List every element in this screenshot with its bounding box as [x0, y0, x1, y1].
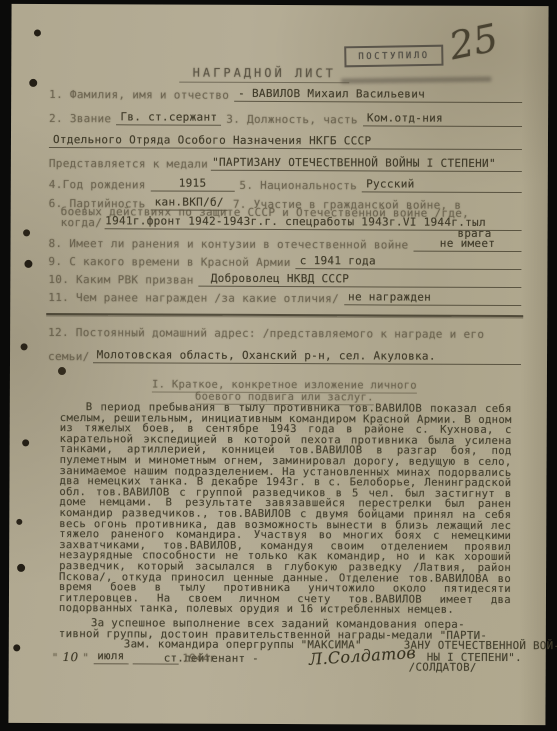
field-label-home-address-2: семьи/	[48, 351, 90, 363]
form-row-medal: Представляется к медали "ПАРТИЗАНУ ОТЕЧЕ…	[49, 156, 522, 172]
form-row-12b: семьи/ Молотовская область, Оханский р-н…	[48, 349, 521, 365]
field-label-medal: Представляется к медали	[49, 158, 208, 171]
document-title: НАГРАДНОЙ ЛИСТ	[179, 66, 349, 84]
handwritten-page-number: 25	[445, 15, 501, 68]
field-label-army-since: 9. С какого времени в Красной Армии	[48, 256, 290, 269]
date-line: " 10 " июля 1944г.	[52, 649, 224, 665]
stamp-smudge	[341, 77, 491, 84]
received-stamp: ПОСТУПИЛО	[344, 45, 444, 68]
field-value-wounds: не имеет	[413, 238, 521, 252]
field-label-wounds: 8. Имеет ли ранения и контузии в отечест…	[48, 238, 408, 252]
date-quote-close: "	[82, 651, 89, 664]
field-value-birth-year: 1915	[151, 177, 235, 191]
field-label-nationality: 5. Национальность	[239, 180, 357, 193]
field-label-previous-awards: 11. Чем ранее награжден /за какие отличи…	[48, 292, 339, 305]
field-label-position: 3. Должность, часть	[226, 114, 358, 127]
field-value-position: Ком.отд-ния	[363, 112, 522, 127]
date-year: 1944г.	[182, 652, 223, 665]
date-day-handwritten: 10	[63, 650, 79, 664]
form-row-12a: 12. Постоянный домашний адрес: /представ…	[48, 327, 521, 341]
signer-typed-name: /СОЛДАТОВ/	[409, 661, 477, 674]
field-value-rank: Гв. ст.сержант	[116, 111, 221, 125]
received-stamp-text: ПОСТУПИЛО	[358, 51, 429, 62]
date-underline	[132, 663, 178, 664]
field-value-previous-awards: не награжден	[344, 291, 521, 306]
date-quote-open: "	[52, 651, 59, 664]
field-label-rank: 2. Звание	[49, 113, 111, 125]
field-label-war-participation-3: когда/	[61, 217, 103, 229]
field-label-drafted-by: 10. Каким РВК призван	[48, 274, 193, 287]
form-row-2-3: 2. Звание Гв. ст.сержант 3. Должность, ч…	[49, 111, 522, 127]
field-label-name: 1. Фамилия, имя и отчество	[49, 89, 229, 102]
field-value-medal: "ПАРТИЗАНУ ОТЕЧЕСТВЕННОЙ ВОЙНЫ I СТЕПЕНИ…	[211, 157, 522, 172]
form-row-unit: Отдельного Отряда Особого Назначения НКГ…	[49, 134, 522, 150]
scan-background: ПОСТУПИЛО 25 НАГРАДНОЙ ЛИСТ 1. Фамилия, …	[0, 0, 557, 731]
form-row-8: 8. Имеет ли ранения и контузии в отечест…	[48, 236, 521, 252]
field-value-army-since: с 1941 года	[296, 255, 522, 270]
form-row-4-5: 4.Год рождения 1915 5. Национальность Ру…	[49, 177, 522, 193]
form-row-1: 1. Фамилия, имя и отчество - ВАВИЛОВ Мих…	[49, 87, 522, 103]
field-value-name: - ВАВИЛОВ Михаил Васильевич	[234, 88, 522, 103]
field-label-home-address-1: 12. Постоянный домашний адрес: /представ…	[48, 327, 484, 341]
field-value-home-address: Молотовская область, Оханский р-н, сел. …	[93, 349, 522, 365]
form-row-11: 11. Чем ранее награжден /за какие отличи…	[48, 290, 521, 306]
feat-description: В период пребывания в тылу противника то…	[59, 402, 512, 616]
section-divider	[46, 313, 523, 317]
form-row-10: 10. Каким РВК призван Доброволец НКВД СС…	[48, 272, 521, 288]
form-row-9: 9. С какого времени в Красной Армии с 19…	[48, 254, 521, 270]
field-value-drafted-by: Доброволец НКВД СССР	[199, 273, 522, 288]
field-value-unit: Отдельного Отряда Особого Назначения НКГ…	[49, 134, 522, 150]
form-row-7c: когда/ 1941г.фронт 1942-1943г.г. спецраб…	[61, 215, 522, 231]
date-month: июля	[93, 649, 128, 664]
field-label-birth-year: 4.Год рождения	[49, 179, 146, 191]
document-page: ПОСТУПИЛО 25 НАГРАДНОЙ ЛИСТ 1. Фамилия, …	[8, 4, 548, 725]
paper-stains	[12, 4, 16, 8]
field-value-nationality: Русский	[362, 178, 522, 193]
